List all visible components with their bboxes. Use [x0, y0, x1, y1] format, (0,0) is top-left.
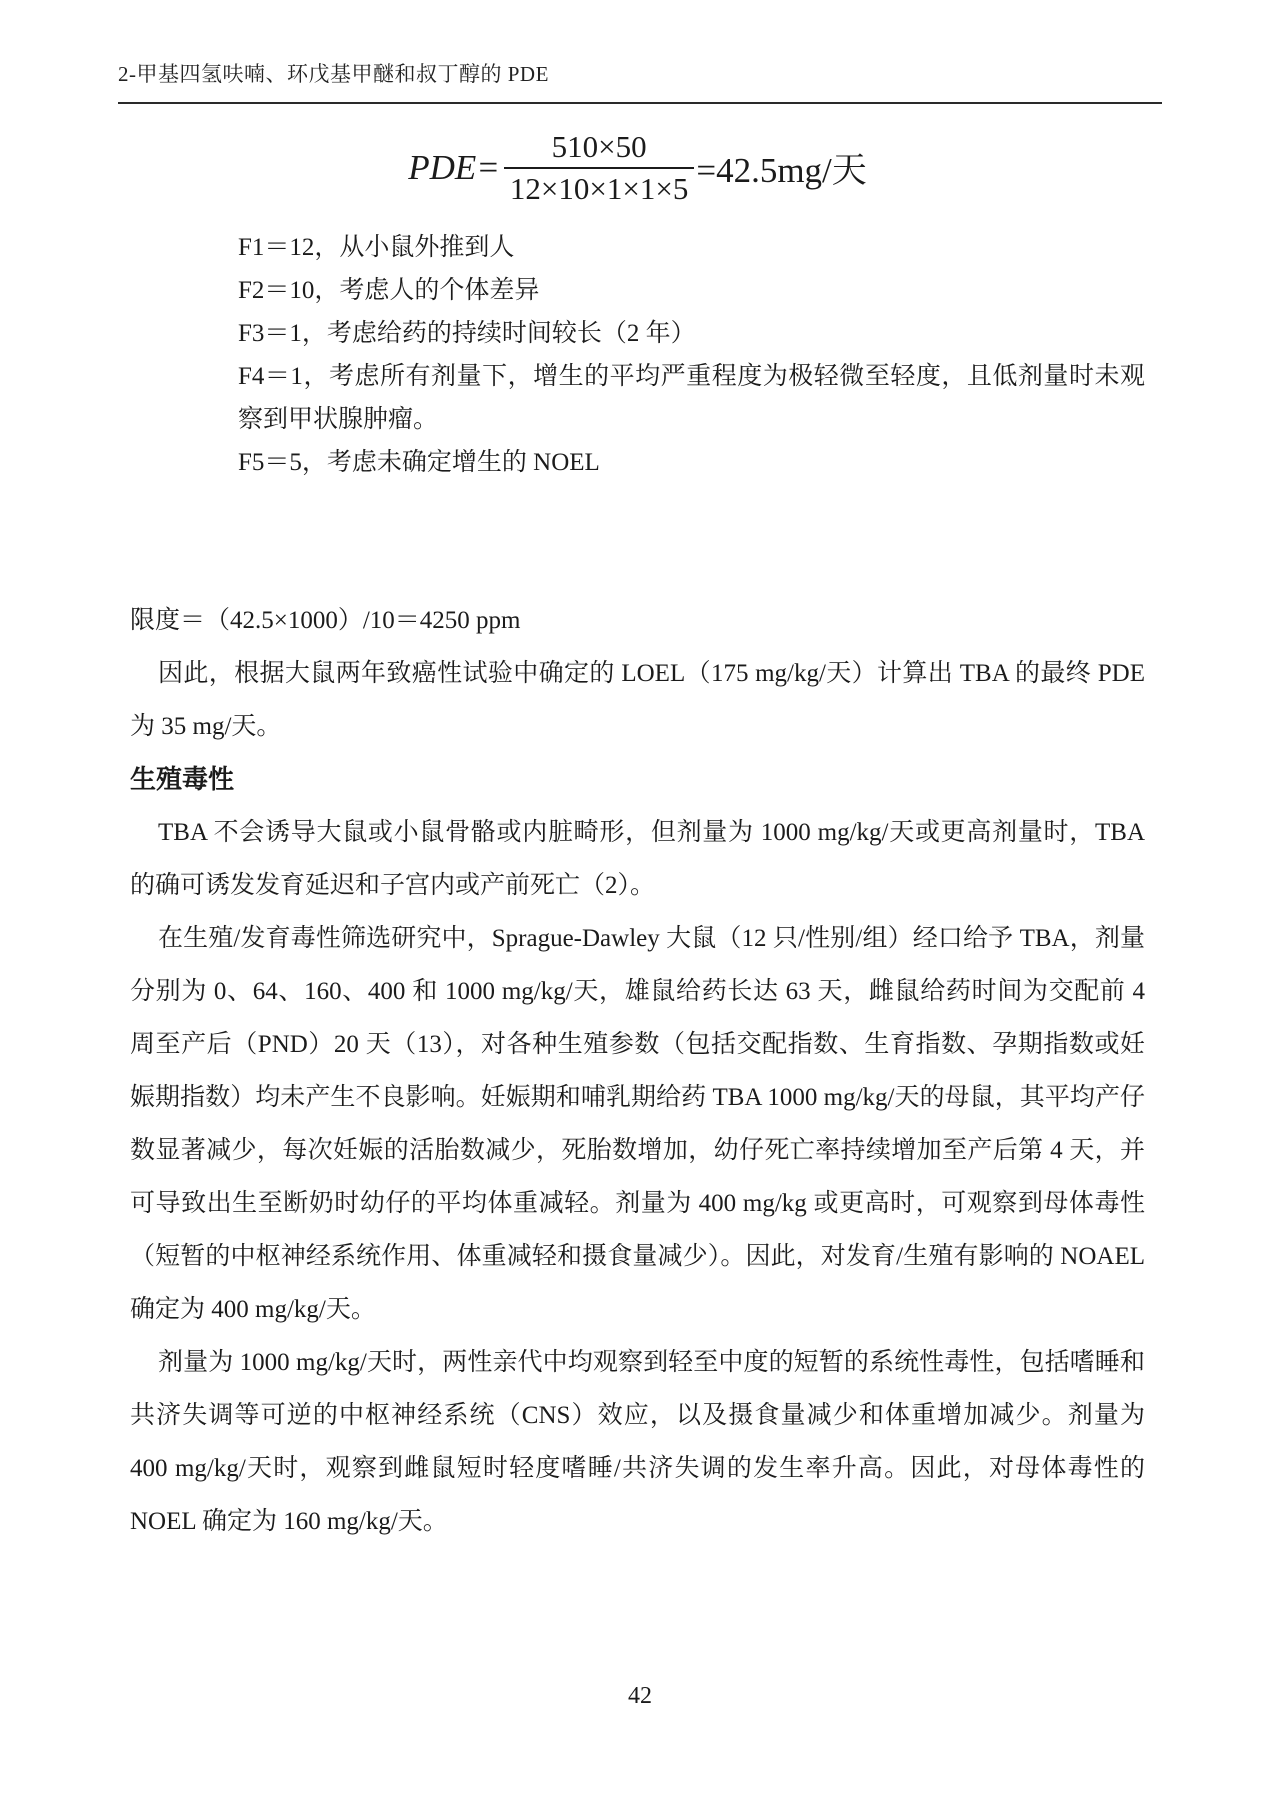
pde-formula: PDE= 510×50 12×10×1×1×5 =42.5mg/天 — [130, 114, 1145, 222]
page-header: 2-甲基四氢呋喃、环戊基甲醚和叔丁醇的 PDE — [118, 58, 1162, 104]
paragraph-repro-screening-study: 在生殖/发育毒性筛选研究中，Sprague-Dawley 大鼠（12 只/性别/… — [130, 912, 1145, 1336]
limit-line: 限度＝（42.5×1000）/10＝4250 ppm — [130, 594, 1145, 647]
formula-fraction: 510×50 12×10×1×1×5 — [504, 129, 694, 206]
modifying-factor-list: F1＝12，从小鼠外推到人 F2＝10，考虑人的个体差异 F3＝1，考虑给药的持… — [130, 226, 1145, 484]
factor-f4: F4＝1，考虑所有剂量下，增生的平均严重程度为极轻微至轻度，且低剂量时未观察到甲… — [238, 355, 1145, 441]
paragraph-final-pde: 因此，根据大鼠两年致癌性试验中确定的 LOEL（175 mg/kg/天）计算出 … — [130, 647, 1145, 753]
paragraph-teratology: TBA 不会诱导大鼠或小鼠骨骼或内脏畸形，但剂量为 1000 mg/kg/天或更… — [130, 806, 1145, 912]
document-page: 2-甲基四氢呋喃、环戊基甲醚和叔丁醇的 PDE PDE= 510×50 12×1… — [0, 0, 1280, 1810]
page-footer: 42 — [0, 1683, 1280, 1710]
formula-numerator: 510×50 — [518, 129, 681, 167]
running-head: 2-甲基四氢呋喃、环戊基甲醚和叔丁醇的 PDE — [118, 58, 1162, 88]
factor-f5: F5＝5，考虑未确定增生的 NOEL — [238, 441, 1145, 484]
page-number: 42 — [628, 1683, 652, 1709]
paragraph-parental-toxicity: 剂量为 1000 mg/kg/天时，两性亲代中均观察到轻至中度的短暂的系统性毒性… — [130, 1336, 1145, 1548]
section-heading-reproductive-toxicity: 生殖毒性 — [130, 753, 1145, 806]
formula-lhs: PDE= — [408, 148, 500, 188]
factor-f2: F2＝10，考虑人的个体差异 — [238, 269, 1145, 312]
factor-f1: F1＝12，从小鼠外推到人 — [238, 226, 1145, 269]
formula-denominator: 12×10×1×1×5 — [504, 167, 694, 207]
formula-result: =42.5mg/天 — [696, 143, 866, 193]
factor-f3: F3＝1，考虑给药的持续时间较长（2 年） — [238, 312, 1145, 355]
page-content: PDE= 510×50 12×10×1×1×5 =42.5mg/天 F1＝12，… — [130, 108, 1145, 1548]
